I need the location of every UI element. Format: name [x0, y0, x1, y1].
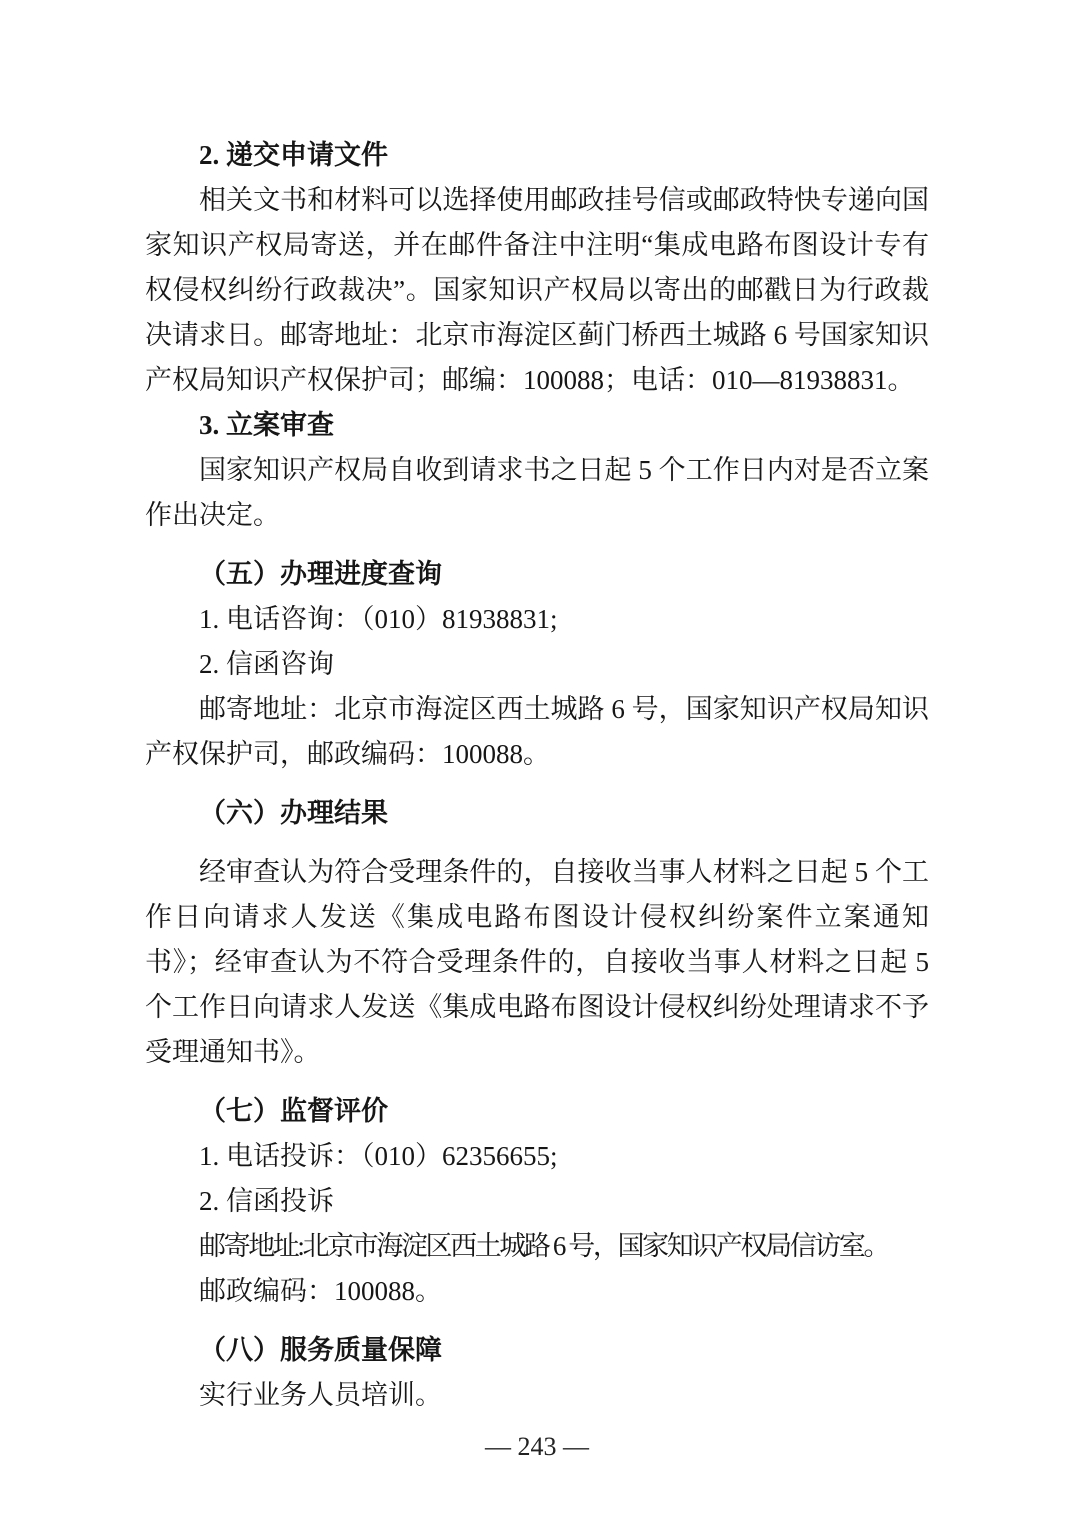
- section-heading-processing-result: （六）办理结果: [145, 791, 929, 836]
- item-letter-inquiry: 2. 信函咨询: [145, 642, 929, 687]
- item-phone-complaint: 1. 电话投诉：（010）62356655;: [145, 1134, 929, 1179]
- section-heading-progress-inquiry: （五）办理进度查询: [145, 552, 929, 597]
- item-phone-inquiry: 1. 电话咨询：（010）81938831;: [145, 597, 929, 642]
- heading-submit-application-documents: 2. 递交申请文件: [145, 133, 929, 178]
- paragraph-postal-code: 邮政编码：100088。: [145, 1269, 929, 1314]
- paragraph-processing-result: 经审查认为符合受理条件的，自接收当事人材料之日起 5 个工作日向请求人发送《集成…: [145, 850, 929, 1075]
- paragraph-complaint-mailing-address: 邮寄地址:北京市海淀区西土城路 6 号，国家知识产权局信访室。: [145, 1224, 929, 1269]
- paragraph-staff-training: 实行业务人员培训。: [145, 1373, 929, 1418]
- page-number: — 243 —: [145, 1424, 929, 1469]
- document-page: 2. 递交申请文件 相关文书和材料可以选择使用邮政挂号信或邮政特快专递向国家知识…: [0, 0, 1074, 1520]
- paragraph-filing-decision: 国家知识产权局自收到请求书之日起 5 个工作日内对是否立案作出决定。: [145, 448, 929, 538]
- section-heading-service-quality: （八）服务质量保障: [145, 1328, 929, 1373]
- heading-case-filing-review: 3. 立案审查: [145, 403, 929, 448]
- item-letter-complaint: 2. 信函投诉: [145, 1179, 929, 1224]
- section-heading-supervision-evaluation: （七）监督评价: [145, 1089, 929, 1134]
- paragraph-inquiry-mailing-address: 邮寄地址：北京市海淀区西土城路 6 号，国家知识产权局知识产权保护司，邮政编码：…: [145, 687, 929, 777]
- paragraph-mailing-instructions: 相关文书和材料可以选择使用邮政挂号信或邮政特快专递向国家知识产权局寄送，并在邮件…: [145, 178, 929, 403]
